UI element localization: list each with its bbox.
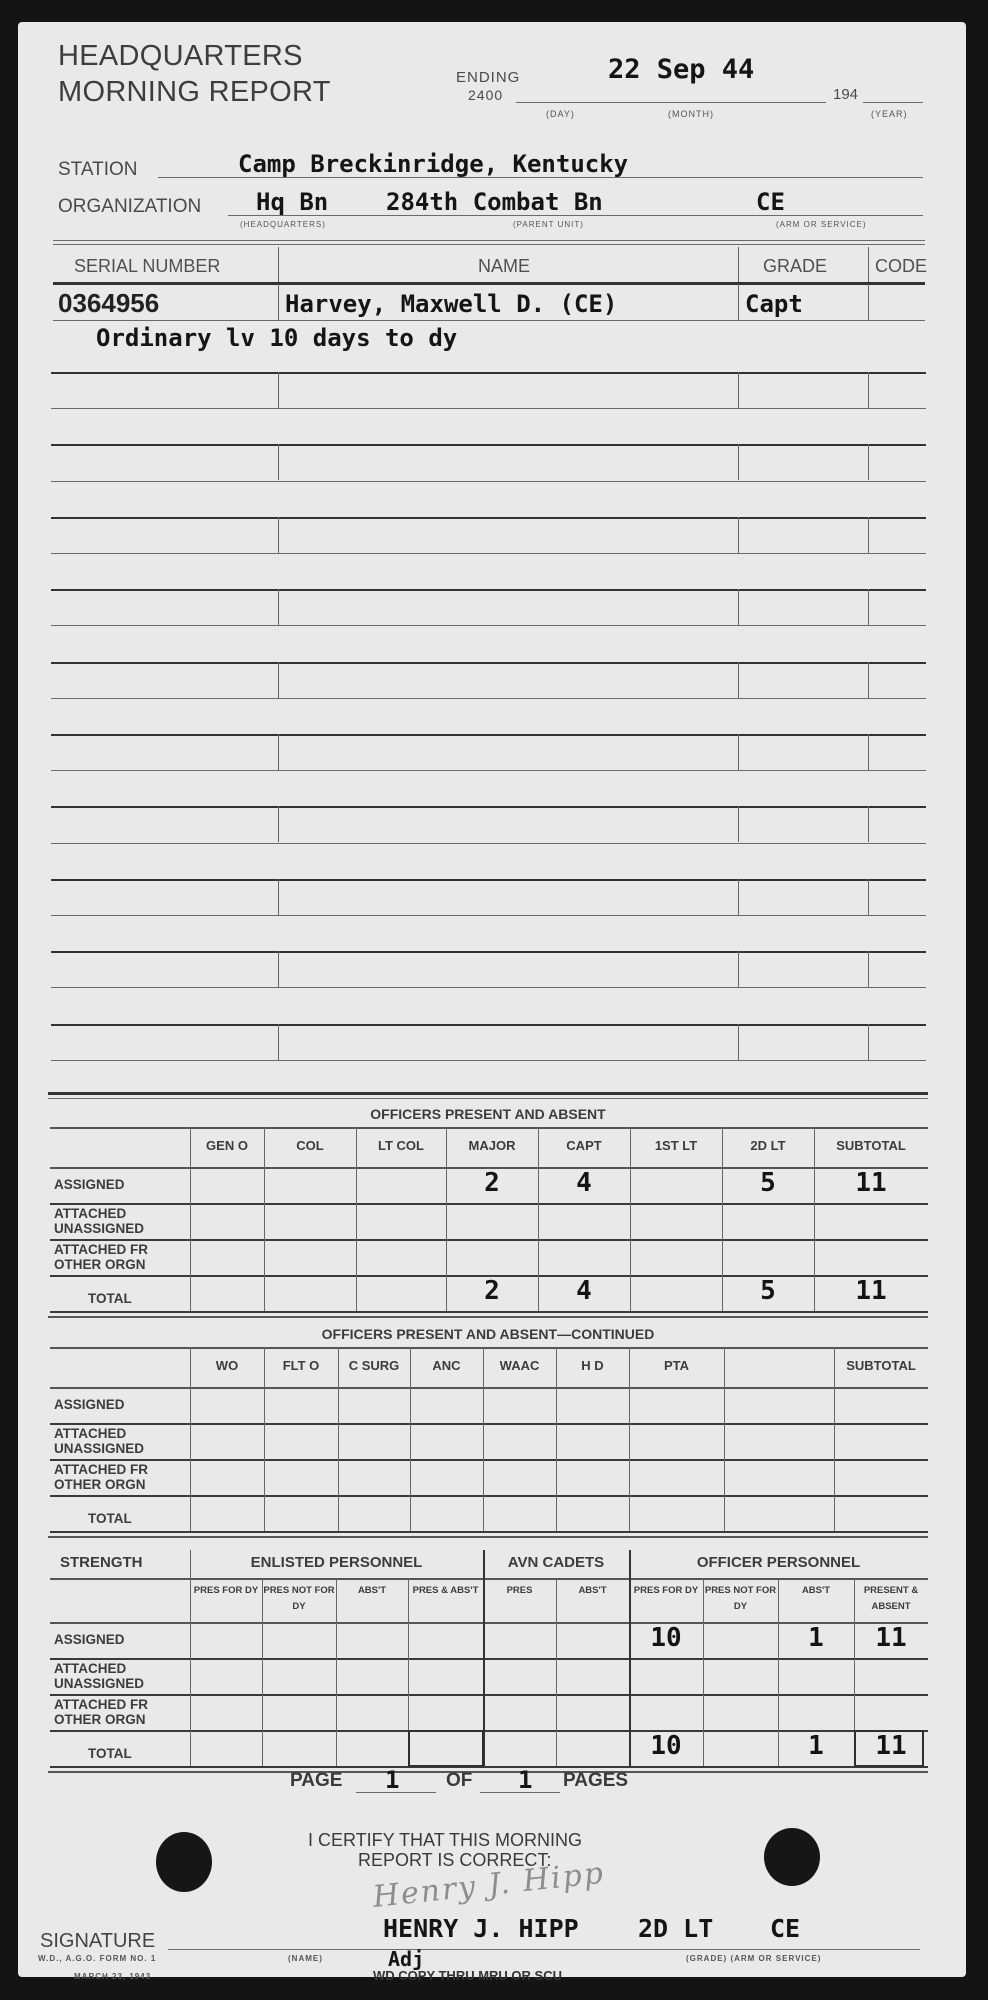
table-divider bbox=[446, 1127, 447, 1311]
strength-group-header: OFFICER PERSONNEL bbox=[629, 1554, 928, 1571]
roster-header-grade: GRADE bbox=[763, 256, 827, 277]
row-label: ASSIGNED bbox=[54, 1632, 194, 1647]
punch-hole-right bbox=[764, 1828, 820, 1886]
table-cell: 11 bbox=[814, 1168, 928, 1198]
table-divider bbox=[356, 1127, 357, 1311]
column-header: ABS'T bbox=[336, 1583, 408, 1599]
roster-divider bbox=[278, 1024, 279, 1060]
roster-divider bbox=[738, 372, 739, 408]
table-cell: 11 bbox=[854, 1623, 928, 1653]
table-rule bbox=[50, 1694, 928, 1696]
strength-group-header: ENLISTED PERSONNEL bbox=[190, 1554, 483, 1571]
roster-divider bbox=[278, 444, 279, 480]
roster-rule bbox=[51, 625, 926, 626]
caption-arm: (ARM OR SERVICE) bbox=[776, 220, 867, 229]
signature-label: SIGNATURE bbox=[40, 1930, 155, 1953]
table-divider bbox=[629, 1550, 631, 1766]
total-pages: 1 bbox=[518, 1766, 532, 1794]
table-divider bbox=[814, 1127, 815, 1311]
signer-arm: CE bbox=[770, 1914, 800, 1943]
roster-divider bbox=[868, 1024, 869, 1060]
roster-rule bbox=[51, 806, 926, 808]
row-label: TOTAL bbox=[54, 1291, 228, 1306]
date-line bbox=[516, 102, 826, 103]
table-divider bbox=[410, 1347, 411, 1531]
organization-label: ORGANIZATION bbox=[58, 196, 201, 218]
table-divider bbox=[722, 1127, 723, 1311]
section-rule bbox=[48, 1316, 928, 1318]
roster-divider bbox=[738, 589, 739, 625]
roster-header-serial: SERIAL NUMBER bbox=[74, 256, 220, 277]
copy-note: WD COPY THRU MRU OR SCU bbox=[373, 1968, 562, 1983]
form-title-line1: HEADQUARTERS bbox=[58, 39, 303, 73]
officers-table-title: OFFICERS PRESENT AND ABSENT bbox=[48, 1106, 928, 1122]
ending-label: ENDING bbox=[456, 69, 520, 86]
pages-label: PAGES bbox=[563, 1770, 628, 1792]
table-divider bbox=[556, 1347, 557, 1531]
table-divider bbox=[190, 1550, 191, 1766]
table-cell: 5 bbox=[722, 1276, 814, 1306]
day-caption: (DAY) bbox=[546, 109, 575, 119]
column-header: PRES FOR DY bbox=[629, 1583, 703, 1599]
entry-grade: Capt bbox=[745, 290, 803, 318]
signer-name: HENRY J. HIPP bbox=[383, 1914, 579, 1943]
organization-arm: CE bbox=[756, 188, 785, 216]
roster-header-rule bbox=[53, 282, 925, 285]
of-label: OF bbox=[446, 1770, 472, 1792]
table-rule bbox=[50, 1311, 928, 1313]
column-header: PRES NOT FOR DY bbox=[703, 1583, 778, 1615]
column-header: 2D LT bbox=[722, 1138, 814, 1153]
column-header: CAPT bbox=[538, 1138, 630, 1153]
roster-rule bbox=[53, 320, 925, 321]
boxed-total-cell bbox=[408, 1730, 484, 1767]
roster-divider bbox=[738, 284, 739, 320]
grade-arm-caption: (GRADE) (ARM OR SERVICE) bbox=[686, 1954, 821, 1963]
roster-divider bbox=[738, 879, 739, 915]
table-divider bbox=[190, 1347, 191, 1531]
roster-rule bbox=[51, 951, 926, 953]
row-label: ASSIGNED bbox=[54, 1177, 194, 1192]
row-label: ATTACHED UNASSIGNED bbox=[54, 1426, 194, 1456]
year-prefix: 194 bbox=[833, 86, 858, 103]
column-header: PRESENT & ABSENT bbox=[854, 1583, 928, 1615]
table-rule bbox=[50, 1459, 928, 1461]
roster-divider bbox=[738, 517, 739, 553]
table-rule bbox=[50, 1347, 928, 1349]
roster-divider bbox=[278, 806, 279, 842]
table-rule bbox=[50, 1658, 928, 1660]
column-header: ABS'T bbox=[556, 1583, 629, 1599]
section-rule bbox=[48, 1092, 928, 1095]
form-title-line2: MORNING REPORT bbox=[58, 75, 331, 109]
roster-rule bbox=[51, 843, 926, 844]
roster-rule bbox=[51, 372, 926, 374]
table-rule bbox=[50, 1127, 928, 1129]
roster-divider bbox=[738, 734, 739, 770]
roster-divider bbox=[868, 444, 869, 480]
year-caption: (YEAR) bbox=[871, 109, 908, 119]
table-rule bbox=[50, 1495, 928, 1497]
column-header: GEN O bbox=[190, 1138, 264, 1153]
column-header: PRES & ABS'T bbox=[408, 1583, 483, 1599]
roster-rule bbox=[51, 987, 926, 988]
table-cell: 10 bbox=[629, 1623, 703, 1653]
roster-rule bbox=[51, 879, 926, 881]
roster-divider bbox=[278, 951, 279, 987]
row-label: ATTACHED UNASSIGNED bbox=[54, 1206, 194, 1236]
roster-divider bbox=[278, 517, 279, 553]
row-label: TOTAL bbox=[54, 1511, 228, 1526]
row-label: TOTAL bbox=[54, 1746, 228, 1761]
roster-rule bbox=[51, 444, 926, 446]
roster-divider bbox=[868, 662, 869, 698]
roster-divider bbox=[278, 284, 279, 320]
roster-divider bbox=[278, 589, 279, 625]
table-rule bbox=[50, 1531, 928, 1533]
roster-rule bbox=[51, 662, 926, 664]
page-label: PAGE bbox=[290, 1770, 342, 1792]
roster-top-rule-2 bbox=[53, 244, 925, 245]
column-header: FLT O bbox=[264, 1358, 338, 1373]
row-label: ATTACHED FR OTHER ORGN bbox=[54, 1462, 194, 1492]
table-divider bbox=[338, 1347, 339, 1531]
table-divider bbox=[724, 1347, 725, 1531]
month-caption: (MONTH) bbox=[668, 109, 714, 119]
table-cell: 4 bbox=[538, 1168, 630, 1198]
signature-line bbox=[168, 1949, 920, 1950]
roster-rule bbox=[51, 698, 926, 699]
form-date: MARCH 23, 1943 bbox=[74, 1972, 151, 1981]
table-divider bbox=[703, 1578, 704, 1766]
column-header: PTA bbox=[629, 1358, 724, 1373]
roster-rule bbox=[51, 517, 926, 519]
caption-headquarters: (HEADQUARTERS) bbox=[240, 220, 326, 229]
roster-rule bbox=[51, 915, 926, 916]
table-divider bbox=[190, 1127, 191, 1311]
roster-header-code: CODE bbox=[875, 256, 927, 277]
page-number: 1 bbox=[385, 1766, 399, 1794]
section-rule bbox=[48, 1536, 928, 1538]
ending-time: 2400 bbox=[468, 87, 503, 103]
column-header: COL bbox=[264, 1138, 356, 1153]
table-divider bbox=[538, 1127, 539, 1311]
column-header: LT COL bbox=[356, 1138, 446, 1153]
station-value: Camp Breckinridge, Kentucky bbox=[238, 150, 628, 178]
table-divider bbox=[336, 1578, 337, 1766]
roster-divider bbox=[868, 734, 869, 770]
punch-hole-left bbox=[156, 1832, 212, 1892]
entry-remark: Ordinary lv 10 days to dy bbox=[96, 324, 457, 352]
table-divider bbox=[556, 1578, 557, 1766]
roster-divider bbox=[868, 372, 869, 408]
roster-divider bbox=[738, 662, 739, 698]
roster-rule bbox=[51, 734, 926, 736]
table-cell: 11 bbox=[814, 1276, 928, 1306]
column-header: MAJOR bbox=[446, 1138, 538, 1153]
organization-parent-unit: 284th Combat Bn bbox=[386, 188, 603, 216]
roster-divider bbox=[868, 517, 869, 553]
column-header: PRES bbox=[483, 1583, 556, 1599]
table-divider bbox=[264, 1127, 265, 1311]
roster-rule bbox=[51, 553, 926, 554]
year-line bbox=[863, 102, 923, 103]
table-rule bbox=[50, 1387, 928, 1389]
row-label: ASSIGNED bbox=[54, 1397, 194, 1412]
officers-continued-title: OFFICERS PRESENT AND ABSENT—CONTINUED bbox=[48, 1326, 928, 1342]
roster-divider bbox=[868, 284, 869, 320]
column-header: PRES NOT FOR DY bbox=[262, 1583, 336, 1615]
column-header: ANC bbox=[410, 1358, 483, 1373]
table-divider bbox=[630, 1127, 631, 1311]
table-divider bbox=[778, 1578, 779, 1766]
boxed-total-cell bbox=[854, 1730, 924, 1767]
section-rule bbox=[48, 1098, 928, 1099]
table-divider bbox=[483, 1347, 484, 1531]
row-label: ATTACHED UNASSIGNED bbox=[54, 1661, 194, 1691]
organization-headquarters: Hq Bn bbox=[256, 188, 328, 216]
table-cell: 1 bbox=[778, 1731, 854, 1761]
form-number: W.D., A.G.O. FORM NO. 1 bbox=[38, 1954, 156, 1963]
station-label: STATION bbox=[58, 159, 138, 181]
roster-divider bbox=[278, 247, 279, 282]
column-header: SUBTOTAL bbox=[834, 1358, 928, 1373]
table-rule bbox=[50, 1766, 928, 1768]
signer-grade: 2D LT bbox=[638, 1914, 713, 1943]
roster-divider bbox=[868, 806, 869, 842]
table-cell: 10 bbox=[629, 1731, 703, 1761]
roster-divider bbox=[738, 1024, 739, 1060]
roster-header-name: NAME bbox=[478, 256, 530, 277]
roster-divider bbox=[738, 247, 739, 282]
table-cell: 2 bbox=[446, 1168, 538, 1198]
table-rule bbox=[50, 1423, 928, 1425]
roster-divider bbox=[278, 734, 279, 770]
table-rule bbox=[50, 1578, 928, 1580]
roster-divider bbox=[868, 879, 869, 915]
table-rule bbox=[50, 1239, 928, 1241]
column-header: PRES FOR DY bbox=[190, 1583, 262, 1599]
caption-parent-unit: (PARENT UNIT) bbox=[513, 220, 584, 229]
certify-line1: I CERTIFY THAT THIS MORNING bbox=[308, 1830, 582, 1851]
roster-divider bbox=[278, 662, 279, 698]
section-rule bbox=[48, 1771, 928, 1773]
column-header: 1ST LT bbox=[630, 1138, 722, 1153]
name-caption: (NAME) bbox=[288, 1954, 323, 1963]
table-divider bbox=[834, 1347, 835, 1531]
row-label: ATTACHED FR OTHER ORGN bbox=[54, 1242, 194, 1272]
roster-divider bbox=[868, 951, 869, 987]
roster-divider bbox=[868, 247, 869, 282]
table-rule bbox=[50, 1203, 928, 1205]
column-header: ABS'T bbox=[778, 1583, 854, 1599]
table-cell: 5 bbox=[722, 1168, 814, 1198]
roster-rule bbox=[51, 481, 926, 482]
strength-corner-label: STRENGTH bbox=[60, 1554, 143, 1571]
roster-rule bbox=[51, 770, 926, 771]
table-divider bbox=[262, 1578, 263, 1766]
roster-divider bbox=[868, 589, 869, 625]
entry-serial-number: 0364956 bbox=[58, 288, 159, 319]
roster-top-rule bbox=[53, 240, 925, 241]
column-header: SUBTOTAL bbox=[814, 1138, 928, 1153]
column-header: H D bbox=[556, 1358, 629, 1373]
report-date: 22 Sep 44 bbox=[608, 54, 754, 85]
table-divider bbox=[629, 1347, 630, 1531]
table-cell: 1 bbox=[778, 1623, 854, 1653]
roster-divider bbox=[278, 372, 279, 408]
strength-group-header: AVN CADETS bbox=[483, 1554, 629, 1571]
roster-divider bbox=[278, 879, 279, 915]
column-header: WAAC bbox=[483, 1358, 556, 1373]
table-cell: 4 bbox=[538, 1276, 630, 1306]
entry-name: Harvey, Maxwell D. (CE) bbox=[285, 290, 617, 318]
roster-divider bbox=[738, 951, 739, 987]
roster-rule bbox=[51, 1024, 926, 1026]
table-cell: 2 bbox=[446, 1276, 538, 1306]
roster-divider bbox=[738, 806, 739, 842]
column-header: C SURG bbox=[338, 1358, 410, 1373]
roster-divider bbox=[738, 444, 739, 480]
column-header: WO bbox=[190, 1358, 264, 1373]
morning-report-form: HEADQUARTERS MORNING REPORT ENDING 2400 … bbox=[18, 22, 966, 1977]
table-divider bbox=[264, 1347, 265, 1531]
roster-rule bbox=[51, 408, 926, 409]
row-label: ATTACHED FR OTHER ORGN bbox=[54, 1697, 194, 1727]
roster-rule bbox=[51, 589, 926, 591]
roster-rule bbox=[51, 1060, 926, 1061]
